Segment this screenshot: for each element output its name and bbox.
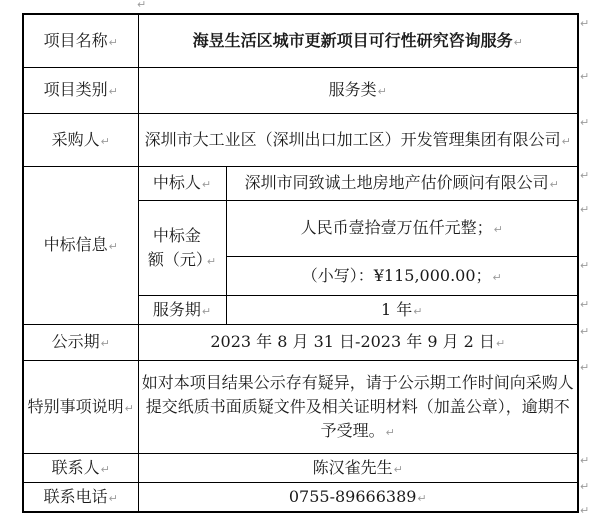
paragraph-mark: ↵ <box>207 255 216 268</box>
paragraph-mark: ↵ <box>580 361 589 374</box>
paragraph-mark: ↵ <box>413 305 422 318</box>
publicity-period-value: 2023 年 8 月 31 日-2023 年 9 月 2 日 <box>210 332 495 351</box>
contact-person-label-cell: 联系人↵ <box>23 453 138 482</box>
contact-person-value: 陈汉雀先生 <box>313 458 393 477</box>
winner-label: 中标人 <box>153 173 201 192</box>
service-period-label-cell: 服务期↵ <box>138 295 226 324</box>
winner-value-cell: 深圳市同致诚土地房地产估价顾问有限公司↵ <box>226 166 578 200</box>
bid-announcement-table: 项目名称↵ 海昱生活区城市更新项目可行性研究咨询服务↵ 项目类别↵ 服务类↵ 采… <box>22 13 579 513</box>
paragraph-mark: ↵ <box>580 259 589 272</box>
purchaser-label: 采购人 <box>52 130 100 149</box>
publicity-period-value-cell: 2023 年 8 月 31 日-2023 年 9 月 2 日↵ <box>138 324 578 360</box>
special-notes-value-cell: 如对本项目结果公示存有疑异，请于公示期工作时间向采购人提交纸质书面质疑文件及相关… <box>138 360 578 453</box>
row-special-notes: 特别事项说明↵ 如对本项目结果公示存有疑异，请于公示期工作时间向采购人提交纸质书… <box>23 360 578 453</box>
paragraph-mark: ↵ <box>580 169 589 182</box>
paragraph-mark: ↵ <box>580 325 589 338</box>
bid-info-label: 中标信息 <box>44 235 108 254</box>
paragraph-mark: ↵ <box>101 135 110 148</box>
row-publicity-period: 公示期↵ 2023 年 8 月 31 日-2023 年 9 月 2 日↵ <box>23 324 578 360</box>
paragraph-mark: ↵ <box>580 504 589 515</box>
winner-label-cell: 中标人↵ <box>138 166 226 200</box>
paragraph-mark: ↵ <box>494 223 503 236</box>
project-category-label-cell: 项目类别↵ <box>23 67 138 113</box>
paragraph-mark: ↵ <box>496 337 505 350</box>
document-page: ↵ 项目名称↵ 海昱生活区城市更新项目可行性研究咨询服务↵ 项目类别↵ 服务类↵… <box>0 0 604 515</box>
paragraph-mark: ↵ <box>580 298 589 311</box>
row-bid-winner: 中标信息↵ 中标人↵ 深圳市同致诚土地房地产估价顾问有限公司↵ <box>23 166 578 200</box>
paragraph-mark: ↵ <box>125 402 134 415</box>
amount-in-figures: （小写）：¥115,000.00； <box>302 266 492 285</box>
service-period-value-cell: 1 年↵ <box>226 295 578 324</box>
project-name-value-cell: 海昱生活区城市更新项目可行性研究咨询服务↵ <box>138 14 578 67</box>
paragraph-mark: ↵ <box>137 0 146 11</box>
amount-figures-value-cell: （小写）：¥115,000.00；↵ <box>226 256 578 295</box>
contact-person-label: 联系人 <box>52 458 100 477</box>
paragraph-mark: ↵ <box>514 36 523 49</box>
paragraph-mark: ↵ <box>101 463 110 476</box>
contact-person-value-cell: 陈汉雀先生↵ <box>138 453 578 482</box>
amount-label: 中标金额（元） <box>148 224 206 272</box>
paragraph-mark: ↵ <box>109 36 118 49</box>
special-notes-label-cell: 特别事项说明↵ <box>23 360 138 453</box>
bid-info-label-cell: 中标信息↵ <box>23 166 138 324</box>
publicity-period-label: 公示期 <box>52 332 100 351</box>
paragraph-mark: ↵ <box>580 70 589 83</box>
paragraph-mark: ↵ <box>580 116 589 129</box>
paragraph-mark: ↵ <box>386 426 395 439</box>
row-project-category: 项目类别↵ 服务类↵ <box>23 67 578 113</box>
paragraph-mark: ↵ <box>378 85 387 98</box>
paragraph-mark: ↵ <box>562 135 571 148</box>
row-project-name: 项目名称↵ 海昱生活区城市更新项目可行性研究咨询服务↵ <box>23 14 578 67</box>
contact-phone-label: 联系电话 <box>44 487 108 506</box>
paragraph-mark: ↵ <box>202 305 211 318</box>
paragraph-mark: ↵ <box>202 178 211 191</box>
row-purchaser: 采购人↵ 深圳市大工业区（深圳出口加工区）开发管理集团有限公司↵ <box>23 113 578 166</box>
project-category-value-cell: 服务类↵ <box>138 67 578 113</box>
amount-words-value-cell: 人民币壹拾壹万伍仟元整；↵ <box>226 200 578 256</box>
project-name-value: 海昱生活区城市更新项目可行性研究咨询服务 <box>193 31 513 50</box>
paragraph-mark: ↵ <box>580 480 589 493</box>
service-period-label: 服务期 <box>153 300 201 319</box>
paragraph-mark: ↵ <box>109 240 118 253</box>
purchaser-label-cell: 采购人↵ <box>23 113 138 166</box>
paragraph-mark: ↵ <box>580 454 589 467</box>
special-notes-label: 特别事项说明 <box>28 397 124 416</box>
project-name-label-cell: 项目名称↵ <box>23 14 138 67</box>
service-period-value: 1 年 <box>381 300 412 319</box>
amount-in-words: 人民币壹拾壹万伍仟元整； <box>301 218 493 237</box>
purchaser-value-cell: 深圳市大工业区（深圳出口加工区）开发管理集团有限公司↵ <box>138 113 578 166</box>
project-category-label: 项目类别 <box>44 80 108 99</box>
contact-phone-label-cell: 联系电话↵ <box>23 482 138 512</box>
contact-phone-value-cell: 0755-89666389↵ <box>138 482 578 512</box>
winner-value: 深圳市同致诚土地房地产估价顾问有限公司 <box>245 173 549 192</box>
purchaser-value: 深圳市大工业区（深圳出口加工区）开发管理集团有限公司 <box>145 130 561 149</box>
row-contact-phone: 联系电话↵ 0755-89666389↵ <box>23 482 578 512</box>
paragraph-mark: ↵ <box>550 178 559 191</box>
special-notes-value: 如对本项目结果公示存有疑异，请于公示期工作时间向采购人提交纸质书面质疑文件及相关… <box>142 373 574 440</box>
paragraph-mark: ↵ <box>101 337 110 350</box>
publicity-period-label-cell: 公示期↵ <box>23 324 138 360</box>
paragraph-mark: ↵ <box>109 85 118 98</box>
paragraph-mark: ↵ <box>417 492 426 505</box>
paragraph-mark: ↵ <box>493 271 502 284</box>
paragraph-mark: ↵ <box>394 463 403 476</box>
paragraph-mark: ↵ <box>580 17 589 30</box>
paragraph-mark: ↵ <box>580 203 589 216</box>
row-contact-person: 联系人↵ 陈汉雀先生↵ <box>23 453 578 482</box>
project-name-label: 项目名称 <box>44 31 108 50</box>
paragraph-mark: ↵ <box>109 492 118 505</box>
contact-phone-value: 0755-89666389 <box>289 487 417 506</box>
project-category-value: 服务类 <box>329 80 377 99</box>
amount-label-cell: 中标金额（元）↵ <box>138 200 226 295</box>
